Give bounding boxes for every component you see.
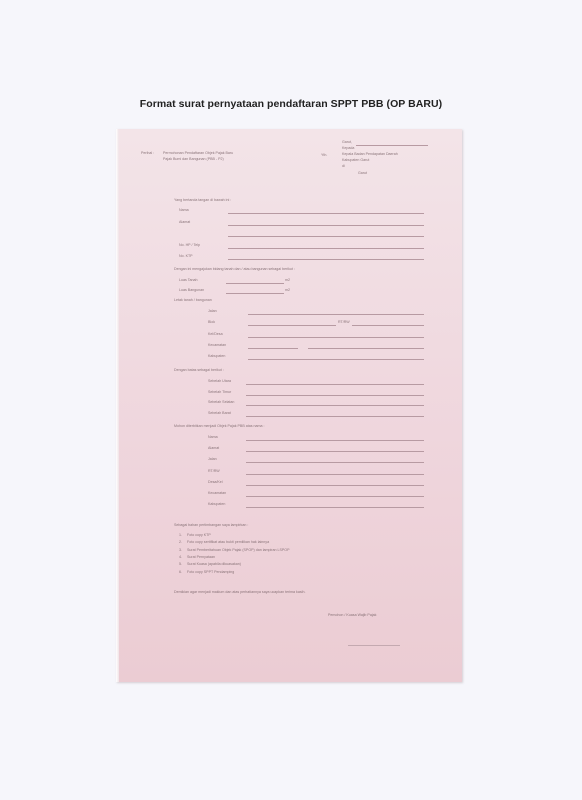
field-input-line[interactable]	[226, 293, 284, 294]
field-input-line[interactable]	[246, 496, 424, 497]
field-input-line[interactable]	[246, 395, 424, 396]
field-input-line[interactable]	[248, 314, 424, 315]
closing-text: Demikian agar menjadi maklum dan atas pe…	[174, 591, 305, 595]
field-input-line[interactable]	[228, 259, 424, 260]
field-input-line[interactable]	[246, 384, 424, 385]
field-input-line[interactable]	[226, 283, 284, 284]
field-label: Jalan	[208, 310, 217, 314]
field-input-line[interactable]	[248, 359, 424, 360]
di-label: di	[342, 165, 345, 169]
field-label: Kabupaten	[208, 355, 225, 359]
kepada-label: Kepada	[342, 147, 354, 151]
field-label: Desa/Kel	[208, 481, 223, 485]
field-label: No. KTP	[179, 255, 193, 259]
field-extra-label: RT/RW	[338, 321, 350, 325]
field-input-line[interactable]	[228, 248, 424, 249]
form-sheet: Perihal : Permohonan Pendaftaran Objek P…	[116, 129, 462, 682]
attachment-item: Surat Kuasa (apabila dikuasakan)	[187, 563, 241, 567]
attachment-number: 1.	[179, 534, 182, 538]
field-input-line[interactable]	[246, 440, 424, 441]
boundary-label: Dengan batas sebagai berikut :	[174, 369, 224, 373]
field-label: Luas Tanah	[179, 279, 198, 283]
signature-label: Pemohon / Kuasa Wajib Pajak	[328, 614, 376, 618]
field-label: RT/RW	[208, 470, 220, 474]
field-input-line[interactable]	[228, 213, 424, 214]
attachment-item: Foto copy sertifikat atau bukti pemilika…	[187, 541, 269, 545]
recipient-line1: Kepala Badan Pendapatan Daerah	[342, 153, 398, 157]
field-label: Luas Bangunan	[179, 289, 204, 293]
sheet-edge	[116, 129, 119, 682]
attachment-item: Surat Pemberitahuan Objek Pajak (SPOP) d…	[187, 549, 289, 553]
field-label: Alamat	[179, 221, 190, 225]
field-input-line[interactable]	[246, 485, 424, 486]
field-label: Kel/Desa	[208, 333, 223, 337]
field-label: Sebelah Timur	[208, 391, 231, 395]
field-label: Kecamatan	[208, 492, 226, 496]
field-input-line[interactable]	[308, 348, 424, 349]
attachment-number: 2.	[179, 541, 182, 545]
attachments-label: Sebagai bahan pertimbangan saya lampirka…	[174, 524, 248, 528]
perihal-line1: Permohonan Pendaftaran Objek Pajak Baru	[163, 152, 233, 156]
unit-label: m2	[285, 279, 290, 283]
attachment-item: Surat Pernyataan	[187, 556, 215, 560]
yth-label: Yth.	[321, 154, 327, 158]
field-label: Nama	[179, 209, 189, 213]
field-input-line[interactable]	[248, 337, 424, 338]
page-title: Format surat pernyataan pendaftaran SPPT…	[0, 98, 582, 110]
field-label: Jalan	[208, 458, 217, 462]
location-label: Letak tanah / bangunan	[174, 299, 212, 303]
field-input-line[interactable]	[246, 451, 424, 452]
field-input-line[interactable]	[246, 462, 424, 463]
owner-label: Mohon diterbitkan menjadi Objek Pajak PB…	[174, 425, 265, 429]
field-input-line[interactable]	[352, 325, 424, 326]
field-label: No. HP / Telp	[179, 244, 200, 248]
field-label: Sebelah Utara	[208, 380, 231, 384]
attachment-number: 4.	[179, 556, 182, 560]
field-input-line[interactable]	[246, 507, 424, 508]
perihal-line2: Pajak Bumi dan Bangunan (PBB - P2)	[163, 158, 224, 162]
attachment-item: Foto copy KTP	[187, 534, 211, 538]
attachment-number: 6.	[179, 571, 182, 575]
field-label: Kecamatan	[208, 344, 226, 348]
field-input-line[interactable]	[246, 416, 424, 417]
field-label: Sebelah Barat	[208, 412, 231, 416]
date-line	[356, 145, 428, 146]
field-label: Kabupaten	[208, 503, 225, 507]
date-place: Garut,	[342, 141, 352, 145]
signature-line	[348, 645, 400, 646]
field-input-line[interactable]	[228, 225, 424, 226]
unit-label: m2	[285, 289, 290, 293]
attachment-number: 3.	[179, 549, 182, 553]
field-label: Alamat	[208, 447, 219, 451]
field-input-line[interactable]	[246, 474, 424, 475]
field-input-line[interactable]	[228, 236, 424, 237]
field-label: Nama	[208, 436, 218, 440]
field-input-line[interactable]	[248, 325, 336, 326]
request-text: Dengan ini mengajukan bidang tanah dan /…	[174, 268, 295, 272]
perihal-label: Perihal :	[141, 152, 154, 156]
recipient-line2: Kabupaten Garut	[342, 159, 369, 163]
field-input-line[interactable]	[248, 348, 298, 349]
intro-text: Yang bertanda tangan di bawah ini :	[174, 199, 231, 203]
field-label: Blok	[208, 321, 215, 325]
attachment-number: 5.	[179, 563, 182, 567]
attachment-item: Foto copy SPPT Pendamping	[187, 571, 234, 575]
field-input-line[interactable]	[246, 405, 424, 406]
field-label: Sebelah Selatan	[208, 401, 234, 405]
city-label: Garut	[358, 172, 367, 176]
